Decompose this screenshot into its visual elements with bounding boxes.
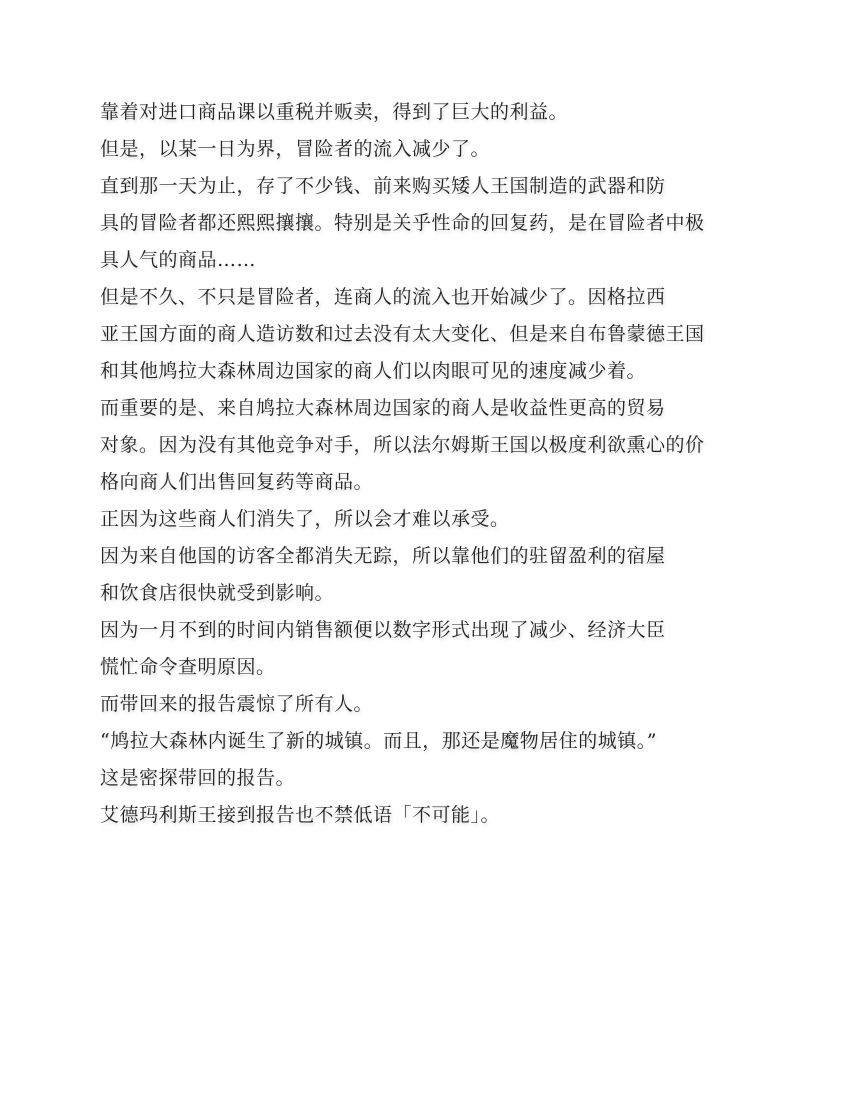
text-line: 靠着对进口商品课以重税并贩卖，得到了巨大的利益。	[100, 94, 760, 131]
text-line: 这是密探带回的报告。	[100, 760, 760, 797]
text-line: 和其他鸠拉大森林周边国家的商人们以肉眼可见的速度减少着。	[100, 353, 760, 390]
text-line: 具人气的商品……	[100, 242, 760, 279]
text-line: 而带回来的报告震惊了所有人。	[100, 686, 760, 723]
text-line: 慌忙命令查明原因。	[100, 649, 760, 686]
text-line: 但是，以某一日为界，冒险者的流入减少了。	[100, 131, 760, 168]
text-line: 因为一月不到的时间内销售额便以数字形式出现了减少、经济大臣	[100, 612, 760, 649]
body-text: 靠着对进口商品课以重税并贩卖，得到了巨大的利益。 但是，以某一日为界，冒险者的流…	[100, 94, 760, 834]
text-line: “鸠拉大森林内诞生了新的城镇。而且，那还是魔物居住的城镇。”	[100, 723, 760, 760]
document-page: 靠着对进口商品课以重税并贩卖，得到了巨大的利益。 但是，以某一日为界，冒险者的流…	[0, 0, 850, 1100]
text-line: 具的冒险者都还熙熙攘攘。特别是关乎性命的回复药，是在冒险者中极	[100, 205, 760, 242]
text-line: 正因为这些商人们消失了，所以会才难以承受。	[100, 501, 760, 538]
text-line: 格向商人们出售回复药等商品。	[100, 464, 760, 501]
text-line: 对象。因为没有其他竞争对手，所以法尔姆斯王国以极度利欲熏心的价	[100, 427, 760, 464]
text-line: 亚王国方面的商人造访数和过去没有太大变化、但是来自布鲁蒙德王国	[100, 316, 760, 353]
text-line: 艾德玛利斯王接到报告也不禁低语「不可能」。	[100, 797, 760, 834]
text-line: 而重要的是、来自鸠拉大森林周边国家的商人是收益性更高的贸易	[100, 390, 760, 427]
text-line: 直到那一天为止，存了不少钱、前来购买矮人王国制造的武器和防	[100, 168, 760, 205]
text-line: 但是不久、不只是冒险者，连商人的流入也开始减少了。因格拉西	[100, 279, 760, 316]
text-line: 和饮食店很快就受到影响。	[100, 575, 760, 612]
text-line: 因为来自他国的访客全都消失无踪，所以靠他们的驻留盈利的宿屋	[100, 538, 760, 575]
